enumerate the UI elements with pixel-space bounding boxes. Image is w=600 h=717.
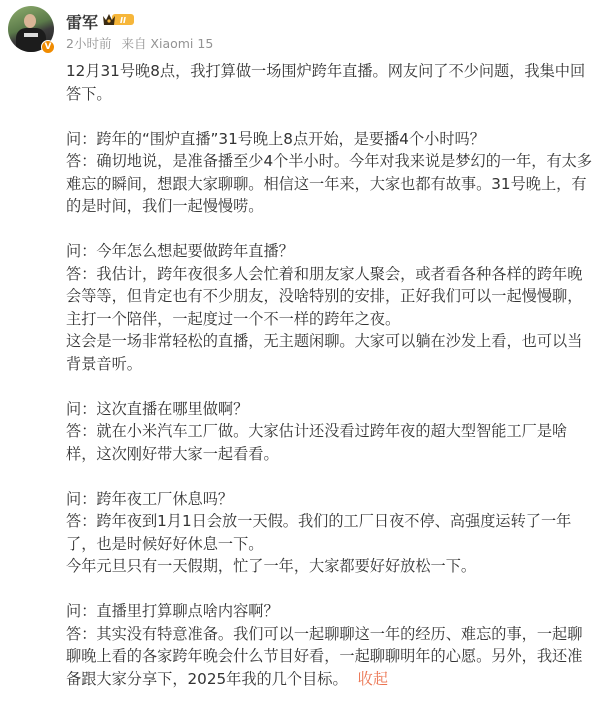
answer-5: 答：其实没有特意准备。我们可以一起聊聊这一年的经历、难忘的事，一起聊聊晚上看的各… — [66, 623, 596, 691]
answer-4: 答：跨年夜到1月1日会放一天假。我们的工厂日夜不停、高强度运转了一年了，也是时候… — [66, 510, 596, 555]
answer-4-extra: 今年元旦只有一天假期，忙了一年，大家都要好好放松一下。 — [66, 555, 596, 578]
answer-5-text: 答：其实没有特意准备。我们可以一起聊聊这一年的经历、难忘的事，一起聊聊晚上看的各… — [66, 625, 582, 688]
answer-3: 答：就在小米汽车工厂做。大家估计还没看过跨年夜的超大型智能工厂是啥样，这次刚好带… — [66, 420, 596, 465]
question-2: 问：今年怎么想起要做跨年直播？ — [66, 240, 596, 263]
intro-text: 12月31号晚8点，我打算做一场围炉跨年直播。网友问了不少问题，我集中回答下。 — [66, 60, 596, 105]
post-time[interactable]: 2小时前 — [66, 36, 111, 51]
post-content: 12月31号晚8点，我打算做一场围炉跨年直播。网友问了不少问题，我集中回答下。 … — [66, 60, 596, 690]
question-5: 问：直播里打算聊点啥内容啊？ — [66, 600, 596, 623]
answer-1: 答：确切地说，是准备播至少4个半小时。今年对我来说是梦幻的一年，有太多难忘的瞬间… — [66, 150, 596, 218]
author-name[interactable]: 雷军 — [66, 10, 98, 33]
question-4: 问：跨年夜工厂休息吗？ — [66, 488, 596, 511]
question-1: 问：跨年的“围炉直播”31号晚上8点开始，是要播4个小时吗？ — [66, 128, 596, 151]
verified-badge-icon: V — [41, 40, 55, 54]
post-meta: 2小时前 来自 Xiaomi 15 — [66, 34, 219, 52]
avatar-shirt-label — [24, 33, 38, 37]
svg-text:II: II — [120, 16, 126, 25]
question-3: 问：这次直播在哪里做啊？ — [66, 398, 596, 421]
answer-2: 答：我估计，跨年夜很多人会忙着和朋友家人聚会，或者看各种各样的跨年晚会等等，但肯… — [66, 263, 596, 331]
avatar-face — [24, 14, 36, 28]
member-crown-icon[interactable]: II — [102, 12, 136, 27]
collapse-link[interactable]: 收起 — [358, 670, 388, 688]
answer-2-extra: 这会是一场非常轻松的直播，无主题闲聊。大家可以躺在沙发上看，也可以当背景音听。 — [66, 330, 596, 375]
post-source: 来自 Xiaomi 15 — [121, 36, 213, 51]
